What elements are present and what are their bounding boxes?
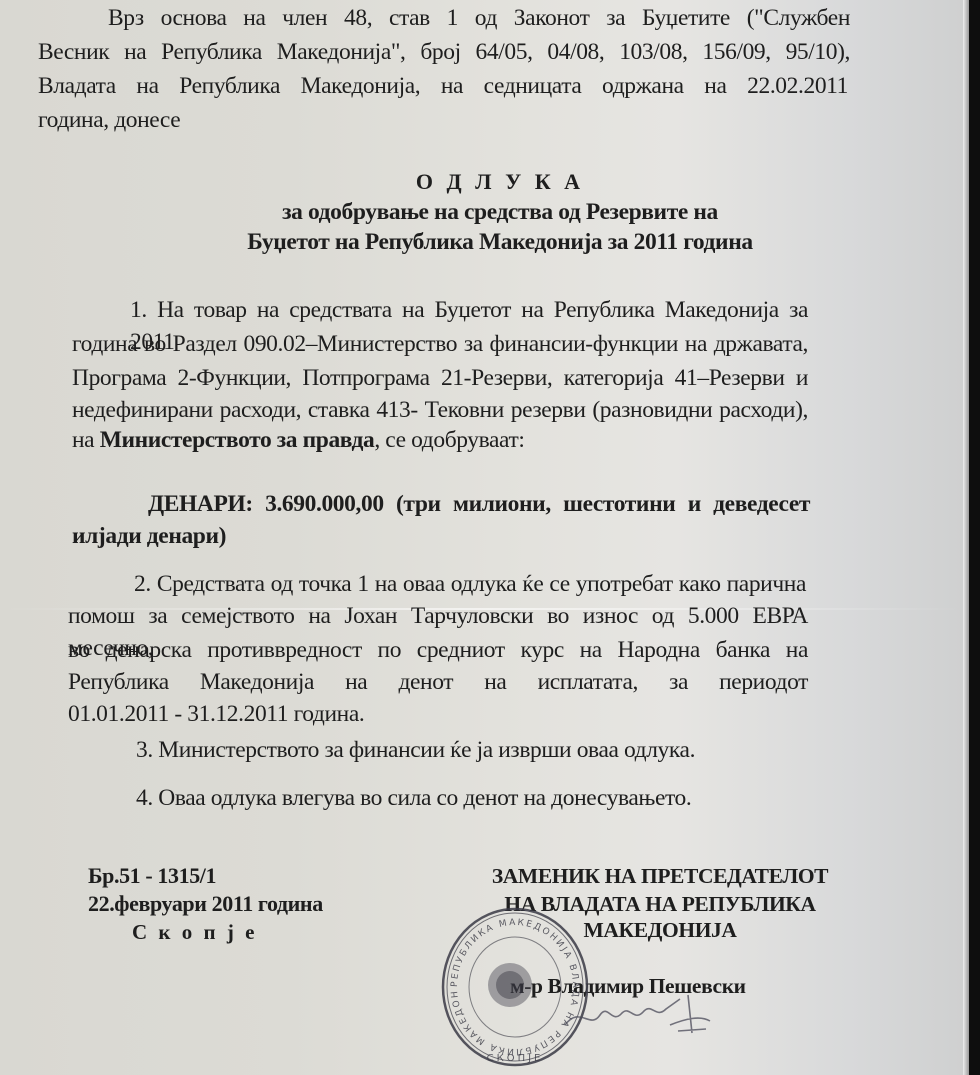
stamp-bottom-text: СКОПЈЕ [487, 1053, 544, 1064]
document-subtitle-2: Буџетот на Република Македонија за 2011 … [150, 226, 850, 258]
point1-line-3: Програма 2-Функции, Потпрограма 21-Резер… [72, 362, 808, 394]
point2-line-5: 01.01.2011 - 31.12.2011 година. [68, 698, 364, 730]
amount-line-1: ДЕНАРИ: 3.690.000,00 (три милиони, шесто… [148, 488, 810, 520]
point3: 3. Министерството за финансии ќе ја извр… [136, 734, 695, 766]
preamble-line-1: Врз основа на член 48, став 1 од Законот… [108, 2, 850, 34]
preamble-line-4: година, донесе [38, 104, 180, 136]
point1-line-2: година во Раздел 090.02–Министерство за … [72, 328, 808, 360]
amount-line-2: илјади денари) [72, 520, 226, 552]
signature-icon [560, 985, 730, 1045]
document-subtitle-1: за одобрување на средства од Резервите н… [150, 196, 850, 228]
point2-line-1: 2. Средствата од точка 1 на оваа одлука … [134, 568, 806, 600]
point2-line-3: во денарска противвредност по средниот к… [68, 634, 808, 666]
document-city: С к о п ј е [132, 916, 257, 948]
point1-line-5: на Министерството за правда, се одобрува… [72, 424, 524, 456]
preamble-line-3: Владата на Република Македонија, на седн… [38, 70, 848, 102]
point2-line-4: Република Македонија на денот на исплата… [68, 666, 808, 698]
document-page: Врз основа на член 48, став 1 од Законот… [0, 0, 965, 1075]
preamble-line-2: Весник на Република Македонија", број 64… [38, 36, 850, 68]
point1-line-4: недефинирани расходи, ставка 413- Тековн… [72, 394, 808, 426]
document-title: О Д Л У К А [150, 166, 850, 198]
point4: 4. Оваа одлука влегува во сила со денот … [136, 782, 691, 814]
point1-prefix: на [72, 427, 100, 453]
point1-suffix: , се одобруваат: [374, 427, 524, 453]
ministry-of-justice: Министерството за правда [100, 427, 375, 453]
